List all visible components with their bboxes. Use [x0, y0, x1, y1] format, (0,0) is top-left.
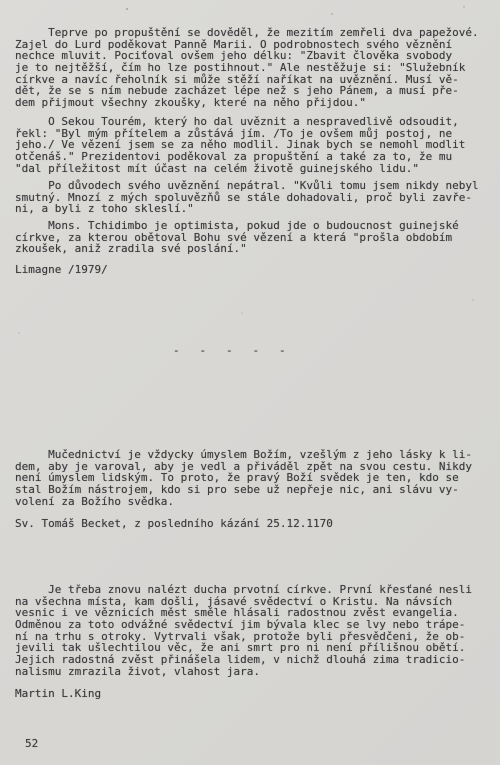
text-line: 52	[25, 738, 494, 750]
source-attribution-limagne: Limagne /1979/	[15, 264, 494, 276]
text-line: volení za Božího svědka.	[15, 496, 494, 508]
source-attribution-becket: Sv. Tomáš Becket, z posledního kázání 25…	[15, 518, 494, 530]
source-attribution-king: Martin L.King	[15, 688, 494, 700]
text-line: - - - - -	[173, 345, 494, 357]
text-line: otčenáš." Prezidentovi poděkoval za prop…	[15, 151, 494, 163]
text-line: Mons. Tchidimbo je optimista, pokud jde …	[15, 220, 494, 232]
scanned-typewritten-page: Teprve po propuštění se dověděl, že mezi…	[0, 0, 500, 765]
paragraph-2: O Sekou Tourém, který ho dal uvěznit a n…	[15, 116, 494, 174]
paragraph-3: Po důvodech svého uvěznění nepátral. "Kv…	[15, 180, 494, 215]
text-line: Limagne /1979/	[15, 264, 494, 276]
text-line: ni, a byli z toho skleslí."	[15, 203, 494, 215]
text-line: zkoušek, aniž zradila své poslání."	[15, 243, 494, 255]
text-line: Teprve po propuštění se dověděl, že mezi…	[15, 27, 494, 39]
text-line: Sv. Tomáš Becket, z posledního kázání 25…	[15, 518, 494, 530]
text-line: Po důvodech svého uvěznění nepátral. "Kv…	[15, 180, 494, 192]
text-line: Je třeba znovu nalézt ducha prvotní círk…	[15, 584, 494, 596]
text-line: "dal příležitost mít účast na celém živo…	[15, 163, 494, 175]
text-line: stal Božím nástrojem, kdo si pro sebe už…	[15, 484, 494, 496]
text-line: Martin L.King	[15, 688, 494, 700]
dash-separator: - - - - -	[173, 345, 494, 357]
paragraph-5-quote-becket: Mučednictví je vždycky úmyslem Božím, vz…	[15, 449, 494, 507]
page-number: 52	[25, 738, 494, 750]
paragraph-4: Mons. Tchidimbo je optimista, pokud jde …	[15, 220, 494, 255]
text-line: Odměnou za toto odvážné svědectví jim bý…	[15, 619, 494, 631]
text-line: O Sekou Tourém, který ho dal uvěznit a n…	[15, 116, 494, 128]
text-line: Mučednictví je vždycky úmyslem Božím, vz…	[15, 449, 494, 461]
paragraph-6-quote-king: Je třeba znovu nalézt ducha prvotní círk…	[15, 584, 494, 677]
text-line: dem přijmout všechny zkoušky, které na n…	[15, 97, 494, 109]
text-line: Jejich radostná zvěst přinášela lidem, v…	[15, 654, 494, 666]
text-line: nalismu zmrazila život, vlahost jara.	[15, 666, 494, 678]
paragraph-1: Teprve po propuštění se dověděl, že mezi…	[15, 27, 494, 109]
text-line: je to nejtěžší, čím ho lze postihnout." …	[15, 62, 494, 74]
